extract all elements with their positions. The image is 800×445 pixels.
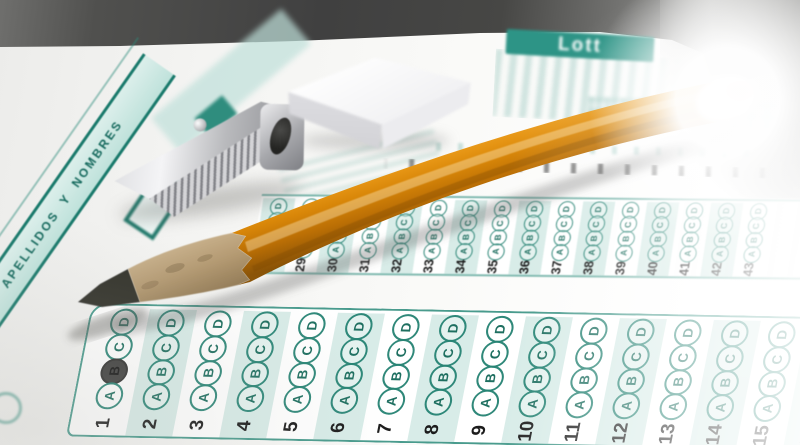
answer-bubble-7-C: C xyxy=(385,339,417,366)
bubble-letter: B xyxy=(268,232,279,238)
bubble-letter: A xyxy=(759,404,776,414)
bubble-letter: A xyxy=(195,393,212,403)
pencil-wood xyxy=(128,233,252,302)
question-number: 7 xyxy=(373,423,399,434)
sharpener-screw xyxy=(193,118,208,133)
bubble-letter: C xyxy=(534,350,551,360)
bubble-letter: A xyxy=(714,251,725,257)
bubble-letter: C xyxy=(346,346,363,356)
question-number: 11 xyxy=(560,422,588,442)
answer-bubble-7-B: B xyxy=(380,363,412,390)
bubble-letter: C xyxy=(440,348,457,358)
bubble-letter: C xyxy=(768,354,785,364)
bubble-letter: B xyxy=(460,234,471,240)
answer-bubble-2-A: A xyxy=(140,383,172,410)
bubble-letter: A xyxy=(554,249,565,255)
bubble-letter: A xyxy=(712,403,729,413)
lower-answer-band: DCBA1DCBA2DCBA3DCBA4DCBA5DCBA6DCBA7DCBA8… xyxy=(66,303,800,445)
bubble-letter: C xyxy=(581,351,598,361)
bubble-letter: A xyxy=(458,248,469,254)
answer-bubble-8-C: C xyxy=(432,339,464,366)
question-number: 6 xyxy=(326,422,352,433)
question-number: 40 xyxy=(645,262,662,276)
question-number: 39 xyxy=(613,261,630,275)
answer-bubble-2-B: B xyxy=(145,359,177,386)
answer-bubble-12-D: D xyxy=(625,318,657,345)
answer-bubble-33-A: A xyxy=(422,243,442,260)
bubble-letter: B xyxy=(435,373,452,383)
bubble-letter: B xyxy=(717,378,734,388)
bubble-letter: D xyxy=(773,330,790,340)
bubble-letter: C xyxy=(750,223,761,229)
question-number: 38 xyxy=(581,261,598,275)
answer-bubble-11-C: C xyxy=(573,342,605,369)
question-number: 41 xyxy=(677,262,694,276)
bubble-letter: A xyxy=(746,251,757,257)
bubble-letter: B xyxy=(524,235,535,241)
bubble-letter: D xyxy=(273,203,284,209)
question-number: 29 xyxy=(293,258,310,272)
bubble-letter: C xyxy=(718,222,729,228)
bubble-letter: A xyxy=(586,250,597,256)
question-number: 30 xyxy=(325,258,342,272)
bubble-letter: A xyxy=(101,391,118,401)
answer-bubble-39-A: A xyxy=(614,245,634,262)
bubble-letter: B xyxy=(300,232,311,238)
bubble-letter: C xyxy=(252,344,269,354)
bubble-letter: D xyxy=(433,205,444,211)
bubble-letter: C xyxy=(622,221,633,227)
answer-bubble-8-A: A xyxy=(422,389,454,416)
bubble-letter: C xyxy=(299,345,316,355)
question-number: 42 xyxy=(709,262,726,276)
question-number: 5 xyxy=(279,421,305,432)
bubble-letter: D xyxy=(625,207,636,213)
bubble-letter: D xyxy=(497,206,508,212)
bubble-letter: D xyxy=(679,328,696,338)
bubble-letter: A xyxy=(618,250,629,256)
bubble-letter: C xyxy=(398,219,409,225)
answer-bubble-1-D: D xyxy=(108,308,140,335)
question-number: 1 xyxy=(91,418,117,429)
bubble-letter: B xyxy=(576,375,593,385)
answer-bubble-6-A: A xyxy=(328,387,360,414)
bubble-letter: C xyxy=(462,220,473,226)
stray-bubble xyxy=(0,392,22,424)
bubble-letter: C xyxy=(558,221,569,227)
bubble-letter: D xyxy=(491,324,508,334)
bubble-letter: D xyxy=(369,204,380,210)
bubble-letter: C xyxy=(487,349,504,359)
bubble-letter: A xyxy=(362,247,373,253)
bubble-letter: A xyxy=(524,399,541,409)
bubble-letter: B xyxy=(247,369,264,379)
answer-bubble-15-C: C xyxy=(761,346,793,373)
answer-bubble-4-D: D xyxy=(249,311,281,338)
question-number: 14 xyxy=(701,424,729,445)
answer-bubble-14-B: B xyxy=(709,370,741,397)
bubble-letter: C xyxy=(721,353,738,363)
question-number: 10 xyxy=(513,421,541,443)
bubble-letter: B xyxy=(153,367,170,377)
answer-bubble-8-D: D xyxy=(437,315,469,342)
answer-bubble-10-C: C xyxy=(526,341,558,368)
answer-bubble-7-D: D xyxy=(390,314,422,341)
bubble-letter: B xyxy=(396,233,407,239)
question-number: 35 xyxy=(485,260,502,274)
bubble-letter: B xyxy=(652,236,663,242)
answer-bubble-5-C: C xyxy=(291,337,323,364)
upper-answer-band: DCBA28DCBA29DCBA30DCBA31DCBA32DCBA33DCBA… xyxy=(250,194,800,280)
answer-bubble-2-C: C xyxy=(150,334,182,361)
answer-bubble-3-D: D xyxy=(202,310,234,337)
bubble-letter: D xyxy=(561,206,572,212)
answer-bubble-3-C: C xyxy=(197,335,229,362)
answer-bubble-6-D: D xyxy=(343,313,375,340)
bubble-letter: A xyxy=(298,247,309,253)
wood-texture xyxy=(140,279,159,291)
bubble-letter: C xyxy=(366,219,377,225)
bubble-letter: C xyxy=(526,220,537,226)
bubble-letter: C xyxy=(302,218,313,224)
question-number: 34 xyxy=(453,260,470,274)
bubble-letter: A xyxy=(650,250,661,256)
bubble-letter: A xyxy=(148,392,165,402)
bubble-letter: C xyxy=(430,219,441,225)
bubble-letter: B xyxy=(294,370,311,380)
bubble-letter: C xyxy=(205,344,222,354)
answer-bubble-6-C: C xyxy=(338,338,370,365)
answer-bubble-3-B: B xyxy=(192,360,224,387)
question-number: 15 xyxy=(748,425,776,445)
question-number: 31 xyxy=(357,259,374,273)
answer-bubble-15-D: D xyxy=(766,321,798,348)
question-number: 13 xyxy=(654,423,682,445)
wood-texture xyxy=(164,261,185,275)
bubble-letter: A xyxy=(682,251,693,257)
answer-bubble-14-A: A xyxy=(704,394,736,421)
bubble-letter: A xyxy=(266,246,277,252)
answer-bubble-14-C: C xyxy=(714,345,746,372)
answer-bubble-9-D: D xyxy=(484,316,516,343)
question-number: 3 xyxy=(185,420,211,431)
answer-bubble-30-A: A xyxy=(326,242,346,259)
bubble-letter: B xyxy=(556,235,567,241)
bubble-letter: A xyxy=(490,249,501,255)
bubble-letter: A xyxy=(426,248,437,254)
eraser xyxy=(286,51,471,155)
answer-bubble-32-A: A xyxy=(390,242,410,259)
answer-bubble-35-A: A xyxy=(486,243,506,260)
answer-bubble-10-B: B xyxy=(521,366,553,393)
bubble-letter: C xyxy=(590,221,601,227)
bubble-letter: B xyxy=(529,375,546,385)
answer-bubble-12-A: A xyxy=(610,392,642,419)
bubble-letter: D xyxy=(303,321,320,331)
bubble-letter: A xyxy=(336,396,353,406)
answer-bubble-10-A: A xyxy=(516,391,548,418)
bubble-letter: A xyxy=(571,400,588,410)
bubble-letter: A xyxy=(330,247,341,253)
bubble-letter: B xyxy=(388,372,405,382)
answer-bubble-9-A: A xyxy=(469,390,501,417)
answer-bubble-13-D: D xyxy=(672,319,704,346)
question-number: 16 xyxy=(795,426,800,445)
answer-bubble-34-A: A xyxy=(454,243,474,260)
bubble-letter: C xyxy=(270,218,281,224)
bubble-letter: B xyxy=(684,236,695,242)
bubble-letter: C xyxy=(686,222,697,228)
question-number: 32 xyxy=(389,259,406,273)
bubble-letter: D xyxy=(585,326,602,336)
answer-bubble-15-A: A xyxy=(751,395,783,422)
bubble-letter: B xyxy=(200,368,217,378)
bubble-letter: B xyxy=(428,234,439,240)
photo-canvas: Lott APELLIDOS Y NOMBRES DCBA28DCBA29DCB… xyxy=(0,0,800,445)
answer-bubble-43-A: A xyxy=(742,246,762,263)
bubble-letter: A xyxy=(383,397,400,407)
bubble-letter: A xyxy=(618,401,635,411)
bubble-letter: D xyxy=(256,320,273,330)
answer-bubble-40-A: A xyxy=(646,245,666,262)
answer-bubble-6-B: B xyxy=(333,362,365,389)
bubble-letter: B xyxy=(364,233,375,239)
bubble-letter: D xyxy=(753,208,764,214)
question-number: 28 xyxy=(261,258,278,272)
answer-bubble-38-A: A xyxy=(582,244,602,261)
bubble-letter: D xyxy=(350,322,367,332)
answer-bubble-1-C: C xyxy=(103,333,135,360)
question-number: 12 xyxy=(607,423,635,445)
bubble-letter: A xyxy=(522,249,533,255)
bubble-letter: D xyxy=(401,205,412,211)
bubble-letter: D xyxy=(465,205,476,211)
bubble-letter: A xyxy=(394,248,405,254)
answer-bubble-3-A: A xyxy=(187,384,219,411)
answer-bubble-12-B: B xyxy=(615,368,647,395)
bubble-letter: D xyxy=(337,204,348,210)
bubble-letter: B xyxy=(764,379,781,389)
answer-bubble-9-B: B xyxy=(474,365,506,392)
answer-bubble-11-D: D xyxy=(578,317,610,344)
answer-bubble-13-A: A xyxy=(657,393,689,420)
bubble-letter: C xyxy=(674,353,691,363)
bubble-letter: C xyxy=(111,342,128,352)
sheet-brand-label: Lott xyxy=(557,33,602,57)
bubble-letter: C xyxy=(158,343,175,353)
answer-bubble-1-B: B xyxy=(98,358,130,385)
answer-bubble-4-C: C xyxy=(244,336,276,363)
bubble-letter: D xyxy=(657,207,668,213)
bubble-letter: C xyxy=(334,218,345,224)
answer-bubble-5-B: B xyxy=(286,361,318,388)
bubble-letter: D xyxy=(538,325,555,335)
answer-bubble-8-B: B xyxy=(427,364,459,391)
answer-bubble-11-B: B xyxy=(568,367,600,394)
bubble-letter: B xyxy=(106,366,123,376)
question-number: 37 xyxy=(549,261,566,275)
answer-bubble-7-A: A xyxy=(375,388,407,415)
question-number: 9 xyxy=(467,425,493,436)
answer-bubble-41-A: A xyxy=(678,245,698,262)
bubble-letter: B xyxy=(623,376,640,386)
bubble-letter: A xyxy=(289,395,306,405)
answer-bubble-5-A: A xyxy=(281,386,313,413)
answer-bubble-36-A: A xyxy=(518,244,538,261)
bubble-letter: D xyxy=(726,329,743,339)
bubble-letter: D xyxy=(162,318,179,328)
answer-bubble-14-D: D xyxy=(719,320,751,347)
bubble-letter: B xyxy=(482,374,499,384)
bubble-letter: B xyxy=(341,371,358,381)
answer-bubble-11-A: A xyxy=(563,392,595,419)
answer-bubble-31-A: A xyxy=(358,242,378,259)
bubble-letter: A xyxy=(430,397,447,407)
bubble-letter: B xyxy=(620,236,631,242)
question-number: 8 xyxy=(420,424,446,435)
answer-bubble-13-C: C xyxy=(667,344,699,371)
pencil-tip-graphite xyxy=(78,269,140,307)
answer-bubble-37-A: A xyxy=(550,244,570,261)
wood-texture xyxy=(196,253,213,264)
answer-bubble-42-A: A xyxy=(710,246,730,263)
question-number: 2 xyxy=(138,419,164,430)
desk-corner-light xyxy=(660,0,800,200)
bubble-letter: D xyxy=(397,322,414,332)
answer-bubble-9-C: C xyxy=(479,340,511,367)
answer-bubble-12-C: C xyxy=(620,343,652,370)
bubble-letter: C xyxy=(654,222,665,228)
bubble-letter: D xyxy=(721,208,732,214)
bubble-letter: D xyxy=(529,206,540,212)
bubble-letter: D xyxy=(444,323,461,333)
answer-bubble-2-D: D xyxy=(155,309,187,336)
answer-bubble-28-A: A xyxy=(262,241,282,258)
bubble-letter: B xyxy=(716,237,727,243)
question-number: 36 xyxy=(517,260,534,274)
answer-bubble-4-B: B xyxy=(239,361,271,388)
bubble-letter: D xyxy=(305,204,316,210)
bubble-letter: A xyxy=(665,402,682,412)
bubble-letter: D xyxy=(115,317,132,327)
answer-bubble-29-A: A xyxy=(294,241,314,258)
bubble-letter: B xyxy=(492,234,503,240)
bubble-letter: C xyxy=(628,352,645,362)
bubble-letter: D xyxy=(593,207,604,213)
question-number: 33 xyxy=(421,259,438,273)
answer-bubble-15-B: B xyxy=(756,370,788,397)
bubble-letter: B xyxy=(332,233,343,239)
bubble-letter: D xyxy=(209,319,226,329)
answer-bubble-1-A: A xyxy=(93,383,125,410)
question-number: 43 xyxy=(741,263,758,277)
bubble-letter: C xyxy=(494,220,505,226)
bubble-letter: D xyxy=(689,208,700,214)
bubble-letter: B xyxy=(748,237,759,243)
bubble-letter: D xyxy=(632,327,649,337)
bubble-letter: A xyxy=(242,394,259,404)
answer-bubble-10-D: D xyxy=(531,317,563,344)
bubble-letter: B xyxy=(588,235,599,241)
bubble-letter: A xyxy=(477,398,494,408)
question-number: 4 xyxy=(232,421,258,432)
bubble-letter: C xyxy=(393,347,410,357)
answer-bubble-5-D: D xyxy=(296,312,328,339)
answer-bubble-4-A: A xyxy=(234,385,266,412)
answer-bubble-13-B: B xyxy=(662,369,694,396)
bubble-letter: B xyxy=(670,377,687,387)
